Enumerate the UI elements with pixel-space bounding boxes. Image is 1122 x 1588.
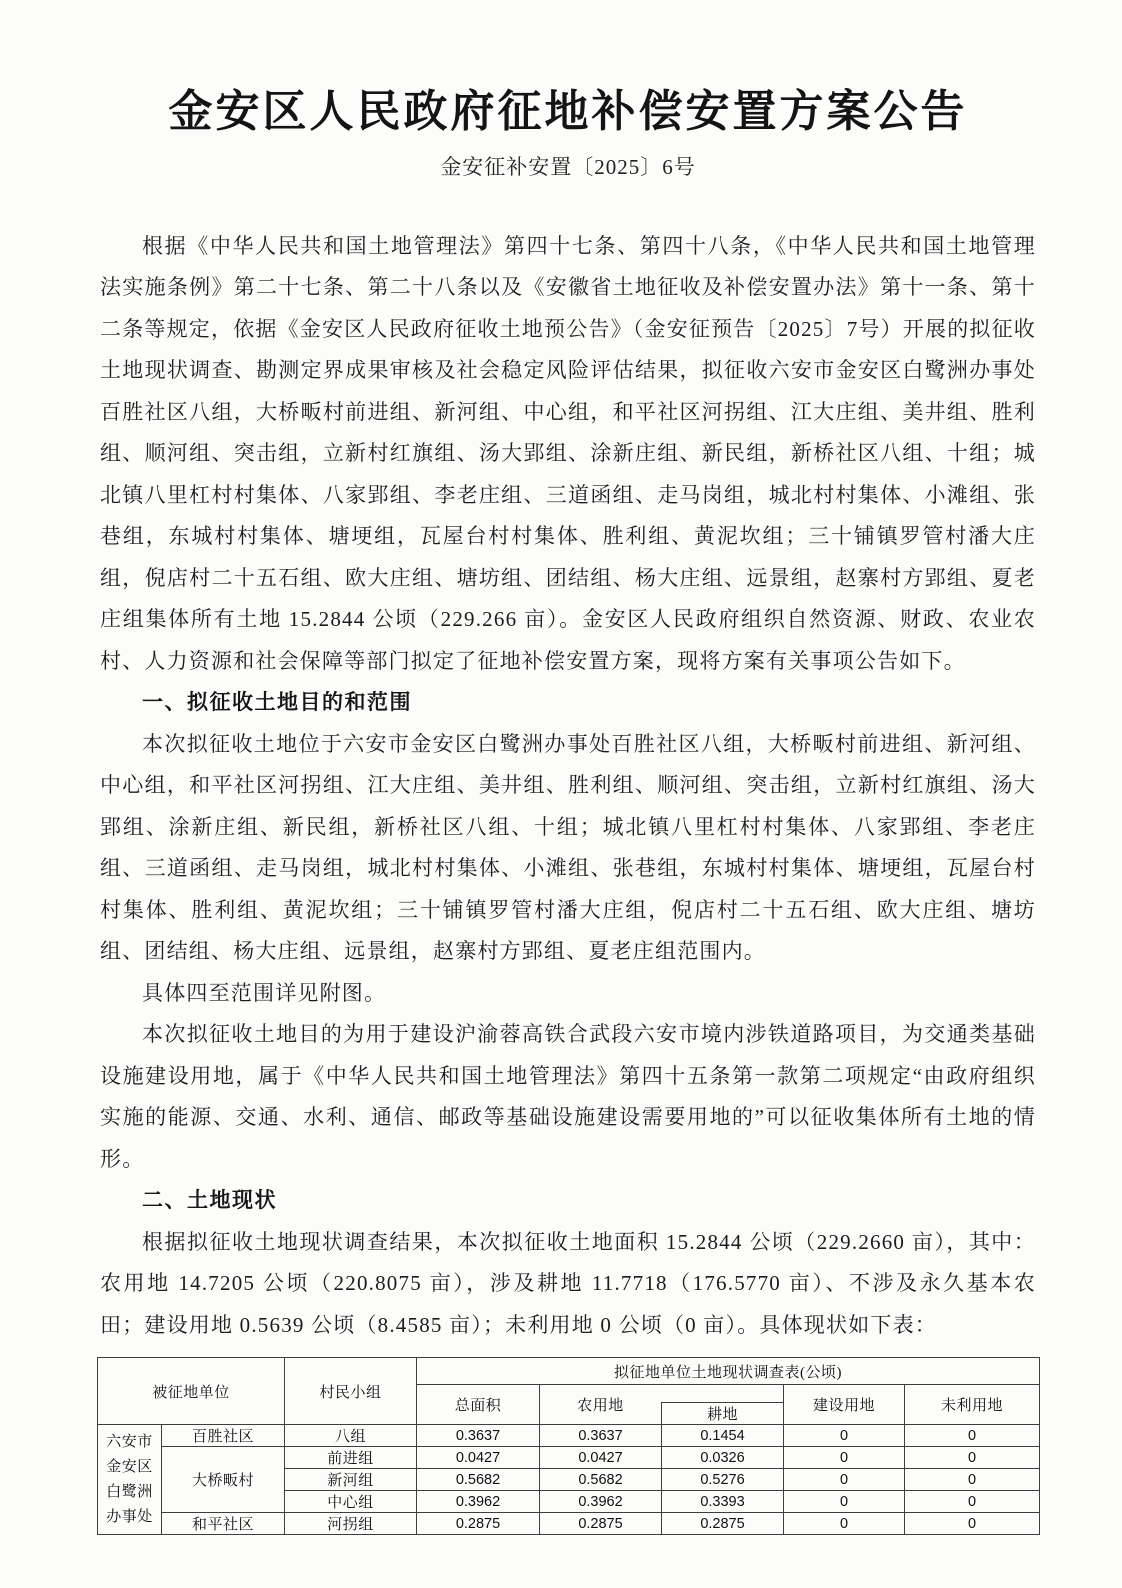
agricultural-cell: 0.3637 [540, 1425, 662, 1447]
header-construction: 建设用地 [784, 1385, 905, 1425]
office-cell: 六安市 金安区 白鹭洲 办事处 [98, 1425, 162, 1535]
cultivated-cell: 0.0326 [662, 1447, 784, 1469]
map-note-paragraph: 具体四至范围详见附图。 [100, 973, 1036, 1015]
unused-cell: 0 [905, 1425, 1040, 1447]
unused-cell: 0 [905, 1469, 1040, 1491]
group-cell: 河拐组 [285, 1513, 417, 1535]
construction-cell: 0 [784, 1469, 905, 1491]
header-gap-cell [662, 1385, 784, 1403]
document-number: 金安征补安置〔2025〕6号 [100, 151, 1036, 181]
construction-cell: 0 [784, 1513, 905, 1535]
header-unit: 被征地单位 [98, 1358, 285, 1425]
land-status-table: 被征地单位 村民小组 拟征地单位土地现状调查表(公顷) 总面积 农用地 建设用地… [97, 1357, 1040, 1535]
office-line: 办事处 [98, 1505, 161, 1530]
agricultural-cell: 0.3962 [540, 1491, 662, 1513]
total-area-cell: 0.5682 [417, 1469, 540, 1491]
unused-cell: 0 [905, 1513, 1040, 1535]
group-cell: 八组 [285, 1425, 417, 1447]
header-agricultural: 农用地 [540, 1385, 662, 1425]
total-area-cell: 0.0427 [417, 1447, 540, 1469]
group-cell: 前进组 [285, 1447, 417, 1469]
scope-paragraph: 本次拟征收土地位于六安市金安区白鹭洲办事处百胜社区八组，大桥畈村前进组、新河组、… [100, 724, 1036, 973]
document-content: 金安区人民政府征地补偿安置方案公告 金安征补安置〔2025〕6号 根据《中华人民… [100, 0, 1036, 1535]
header-survey-title: 拟征地单位土地现状调查表(公顷) [417, 1358, 1040, 1385]
header-group: 村民小组 [285, 1358, 417, 1425]
office-line: 金安区 [98, 1455, 161, 1480]
office-line: 白鹭洲 [98, 1480, 161, 1505]
construction-cell: 0 [784, 1447, 905, 1469]
section2-heading: 二、土地现状 [100, 1180, 1036, 1222]
construction-cell: 0 [784, 1491, 905, 1513]
agricultural-cell: 0.2875 [540, 1513, 662, 1535]
unused-cell: 0 [905, 1447, 1040, 1469]
land-status-paragraph: 根据拟征收土地现状调查结果，本次拟征收土地面积 15.2844 公顷（229.2… [100, 1222, 1036, 1347]
unit-cell: 百胜社区 [162, 1425, 285, 1447]
total-area-cell: 0.3637 [417, 1425, 540, 1447]
header-unused: 未利用地 [905, 1385, 1040, 1425]
cultivated-cell: 0.3393 [662, 1491, 784, 1513]
scanned-document-page: 金安区人民政府征地补偿安置方案公告 金安征补安置〔2025〕6号 根据《中华人民… [0, 0, 1122, 1588]
agricultural-cell: 0.0427 [540, 1447, 662, 1469]
total-area-cell: 0.3962 [417, 1491, 540, 1513]
purpose-paragraph: 本次拟征收土地目的为用于建设沪渝蓉高铁合武段六安市境内涉铁道路项目，为交通类基础… [100, 1014, 1036, 1180]
office-line: 六安市 [98, 1430, 161, 1455]
document-body: 根据《中华人民共和国土地管理法》第四十七条、第四十八条，《中华人民共和国土地管理… [100, 226, 1036, 1347]
table-row: 和平社区 河拐组 0.2875 0.2875 0.2875 0 0 [98, 1513, 1040, 1535]
cultivated-cell: 0.1454 [662, 1425, 784, 1447]
intro-paragraph: 根据《中华人民共和国土地管理法》第四十七条、第四十八条，《中华人民共和国土地管理… [100, 226, 1036, 683]
table-row: 六安市 金安区 白鹭洲 办事处 百胜社区 八组 0.3637 0.3637 0.… [98, 1425, 1040, 1447]
unit-cell: 和平社区 [162, 1513, 285, 1535]
group-cell: 新河组 [285, 1469, 417, 1491]
total-area-cell: 0.2875 [417, 1513, 540, 1535]
agricultural-cell: 0.5682 [540, 1469, 662, 1491]
section1-heading: 一、拟征收土地目的和范围 [100, 682, 1036, 724]
document-title: 金安区人民政府征地补偿安置方案公告 [100, 86, 1036, 139]
header-total-area: 总面积 [417, 1385, 540, 1425]
construction-cell: 0 [784, 1425, 905, 1447]
cultivated-cell: 0.2875 [662, 1513, 784, 1535]
unused-cell: 0 [905, 1491, 1040, 1513]
table-row: 大桥畈村 前进组 0.0427 0.0427 0.0326 0 0 [98, 1447, 1040, 1469]
group-cell: 中心组 [285, 1491, 417, 1513]
cultivated-cell: 0.5276 [662, 1469, 784, 1491]
table-header-row-1: 被征地单位 村民小组 拟征地单位土地现状调查表(公顷) [98, 1358, 1040, 1385]
header-cultivated: 耕地 [662, 1403, 784, 1425]
unit-cell: 大桥畈村 [162, 1447, 285, 1513]
